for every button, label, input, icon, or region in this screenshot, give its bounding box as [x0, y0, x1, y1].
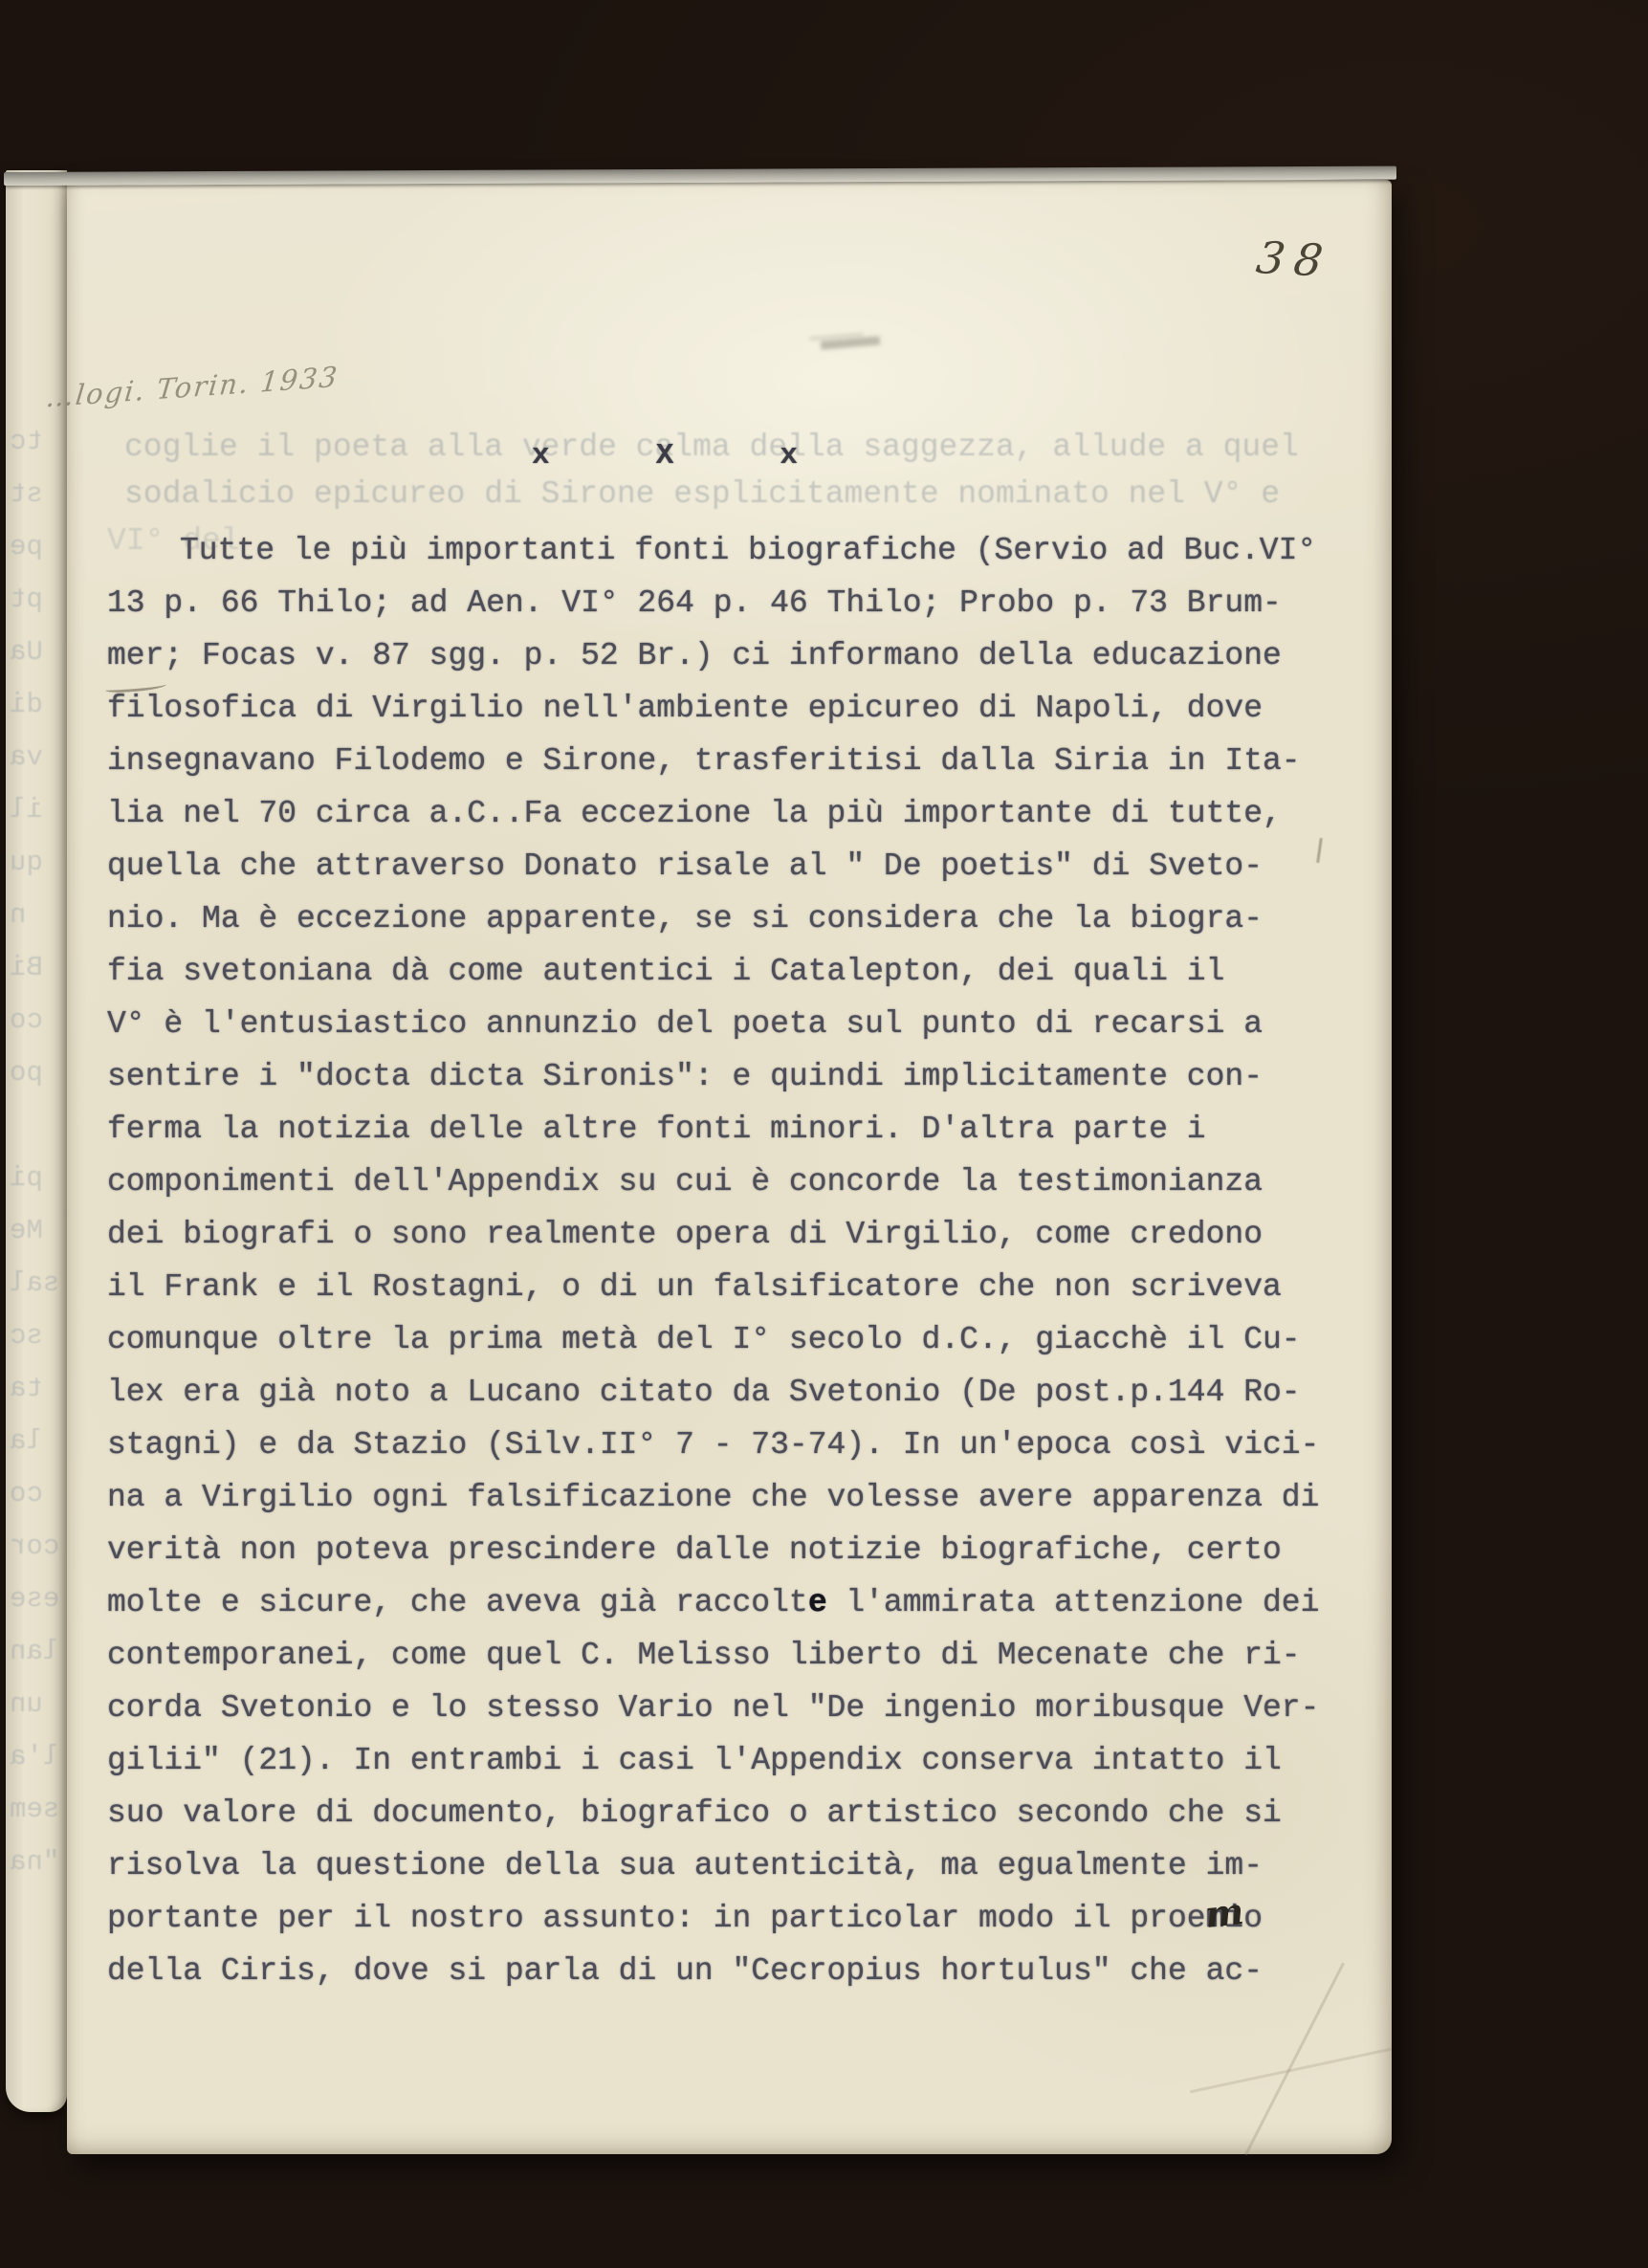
left-edge-fragment: l'a	[6, 1730, 67, 1783]
left-edge-fragment: il	[6, 783, 67, 836]
previous-page-edge: tcstpeptUadivailqunBicopopiMesalsctalaco…	[6, 170, 67, 2112]
text-line: verità non poteva prescindere dalle noti…	[107, 1524, 1351, 1576]
text-line: nio. Ma è eccezione apparente, se si con…	[107, 892, 1351, 945]
left-edge-fragment: st	[6, 468, 67, 520]
separator-x: x	[780, 439, 798, 473]
left-edge-fragment: di	[6, 678, 67, 731]
separator-x: X	[656, 439, 674, 473]
text-line: lia nel 70 circa a.C..Fa eccezione la pi…	[107, 787, 1351, 840]
page-number: 38	[1253, 231, 1335, 287]
text-line: stagni) e da Stazio (Silv.II° 7 - 73-74)…	[107, 1419, 1351, 1471]
text-line: V° è l'entusiastico annunzio del poeta s…	[107, 998, 1351, 1050]
left-edge-fragment	[6, 1099, 67, 1152]
left-edge-fragment: co	[6, 1467, 67, 1520]
left-edge-fragment-list: tcstpeptUadivailqunBicopopiMesalsctalaco…	[6, 170, 67, 1888]
text-line: sentire i "docta dicta Sironis": e quind…	[107, 1050, 1351, 1103]
text-line: suo valore di documento, biografico o ar…	[107, 1787, 1351, 1839]
typewritten-text: Tutte le più importanti fonti biografich…	[107, 524, 1351, 1997]
left-edge-fragment: Bi	[6, 941, 67, 994]
text-line: il Frank e il Rostagni, o di un falsific…	[107, 1261, 1351, 1313]
left-edge-fragment: pt	[6, 573, 67, 626]
left-edge-fragment: la	[6, 1415, 67, 1467]
separator-x: x	[532, 439, 550, 473]
text-line: portante per il nostro assunto: in parti…	[107, 1892, 1351, 1945]
text-line: gilii" (21). In entrambi i casi l'Append…	[107, 1734, 1351, 1787]
text-line: dei biografi o sono realmente opera di V…	[107, 1208, 1351, 1261]
left-edge-fragment: po	[6, 1046, 67, 1099]
text-line: lex era già noto a Lucano citato da Svet…	[107, 1366, 1351, 1419]
left-edge-fragment: ese	[6, 1573, 67, 1625]
left-edge-fragment: pi	[6, 1152, 67, 1204]
text-line: molte e sicure, che aveva già raccolte l…	[107, 1576, 1351, 1629]
handwritten-letter-correction: m	[1202, 1884, 1246, 1941]
text-line: insegnavano Filodemo e Sirone, trasferit…	[107, 735, 1351, 787]
text-line: mer; Focas v. 87 sgg. p. 52 Br.) ci info…	[107, 629, 1351, 682]
left-edge-fragment: n	[6, 889, 67, 941]
left-edge-fragment: Me	[6, 1204, 67, 1257]
text-line: 13 p. 66 Thilo; ad Aen. VI° 264 p. 46 Th…	[107, 577, 1351, 629]
left-edge-fragment: un	[6, 1678, 67, 1730]
scanned-typescript-photo: tcstpeptUadivailqunBicopopiMesalsctalaco…	[0, 0, 1648, 2268]
overtyped-letter-correction: e	[808, 1576, 827, 1629]
left-edge-fragment: "na	[6, 1836, 67, 1888]
text-line: quella che attraverso Donato risale al "…	[107, 840, 1351, 892]
text-line: fia svetoniana dà come autentici i Catal…	[107, 945, 1351, 998]
section-separator: x X x	[532, 429, 798, 482]
text-line: componimenti dell'Appendix su cui è conc…	[107, 1156, 1351, 1208]
left-edge-fragment: cor	[6, 1520, 67, 1573]
left-edge-fragment: pe	[6, 520, 67, 573]
left-edge-fragment: sem	[6, 1783, 67, 1836]
left-edge-fragment: Ua	[6, 626, 67, 678]
text-line: della Ciris, dove si parla di un "Cecrop…	[107, 1945, 1351, 1997]
text-line: comunque oltre la prima metà del I° seco…	[107, 1313, 1351, 1366]
text-line: corda Svetonio e lo stesso Vario nel "De…	[107, 1682, 1351, 1734]
left-edge-fragment: co	[6, 994, 67, 1046]
left-edge-fragment: va	[6, 731, 67, 783]
text-line: contemporanei, come quel C. Melisso libe…	[107, 1629, 1351, 1682]
left-edge-fragment: sc	[6, 1310, 67, 1362]
left-edge-fragment: lan	[6, 1625, 67, 1678]
text-line: risolva la questione della sua autentici…	[107, 1839, 1351, 1892]
text-line: Tutte le più importanti fonti biografich…	[107, 524, 1351, 577]
text-line: ferma la notizia delle altre fonti minor…	[107, 1103, 1351, 1156]
left-edge-fragment: tc	[6, 415, 67, 468]
left-edge-fragment: sal	[6, 1257, 67, 1310]
left-edge-fragment: qu	[6, 836, 67, 889]
text-line: na a Virgilio ogni falsificazione che vo…	[107, 1471, 1351, 1524]
left-edge-fragment: ta	[6, 1362, 67, 1415]
text-line: filosofica di Virgilio nell'ambiente epi…	[107, 682, 1351, 735]
